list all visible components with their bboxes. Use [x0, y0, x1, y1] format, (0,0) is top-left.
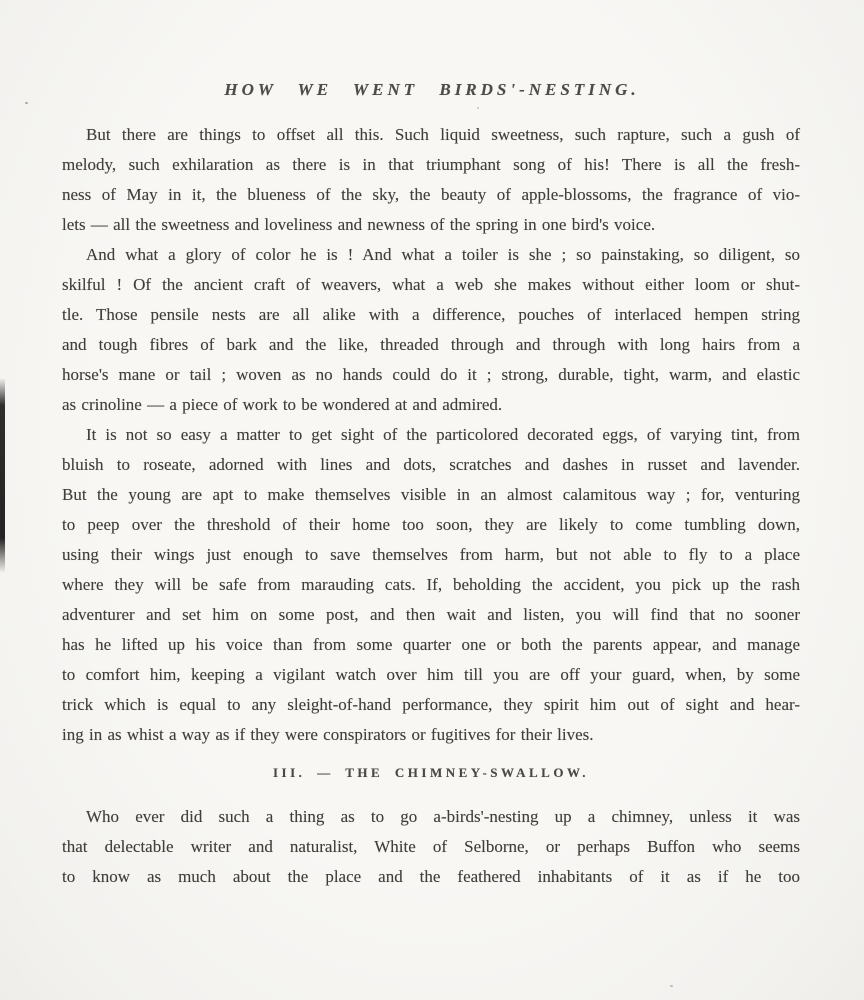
text-line: has he lifted up his voice than from som… [62, 630, 800, 660]
text-line: as crinoline — a piece of work to be won… [62, 390, 800, 420]
text-line: And what a glory of color he is ! And wh… [62, 240, 800, 270]
paragraph: And what a glory of color he is ! And wh… [62, 240, 800, 420]
paragraph: It is not so easy a matter to get sight … [62, 420, 800, 750]
text-line: melody, such exhilaration as there is in… [62, 150, 800, 180]
text-line: trick which is equal to any sleight-of-h… [62, 690, 800, 720]
text-line: bluish to roseate, adorned with lines an… [62, 450, 800, 480]
text-line: lets — all the sweetness and loveliness … [62, 210, 800, 240]
paper-speck [25, 102, 28, 104]
paragraph: Who ever did such a thing as to go a-bir… [62, 802, 800, 892]
text-line: ing in as whist a way as if they were co… [62, 720, 800, 750]
text-line: to comfort him, keeping a vigilant watch… [62, 660, 800, 690]
text-line: using their wings just enough to save th… [62, 540, 800, 570]
text-line: to peep over the threshold of their home… [62, 510, 800, 540]
scan-edge-artifact [0, 378, 5, 573]
text-line: horse's mane or tail ; woven as no hands… [62, 360, 800, 390]
text-line: But there are things to offset all this.… [62, 120, 800, 150]
text-line: Who ever did such a thing as to go a-bir… [62, 802, 800, 832]
paragraph: But there are things to offset all this.… [62, 120, 800, 240]
page-body: But there are things to offset all this.… [62, 120, 800, 892]
text-line: ness of May in it, the blueness of the s… [62, 180, 800, 210]
text-line: that delectable writer and naturalist, W… [62, 832, 800, 862]
text-line: and tough fibres of bark and the like, t… [62, 330, 800, 360]
text-line: But the young are apt to make themselves… [62, 480, 800, 510]
text-line: tle. Those pensile nests are all alike w… [62, 300, 800, 330]
text-line: adventurer and set him on some post, and… [62, 600, 800, 630]
paper-speck [670, 985, 673, 987]
text-line: where they will be safe from marauding c… [62, 570, 800, 600]
paper-speck [477, 107, 479, 109]
text-line: It is not so easy a matter to get sight … [62, 420, 800, 450]
text-line: skilful ! Of the ancient craft of weaver… [62, 270, 800, 300]
text-line: to know as much about the place and the … [62, 862, 800, 892]
section-heading: III. — THE CHIMNEY-SWALLOW. [62, 758, 800, 788]
book-page: HOW WE WENT BIRDS'-NESTING. But there ar… [0, 0, 864, 1000]
page-title: HOW WE WENT BIRDS'-NESTING. [0, 0, 864, 100]
